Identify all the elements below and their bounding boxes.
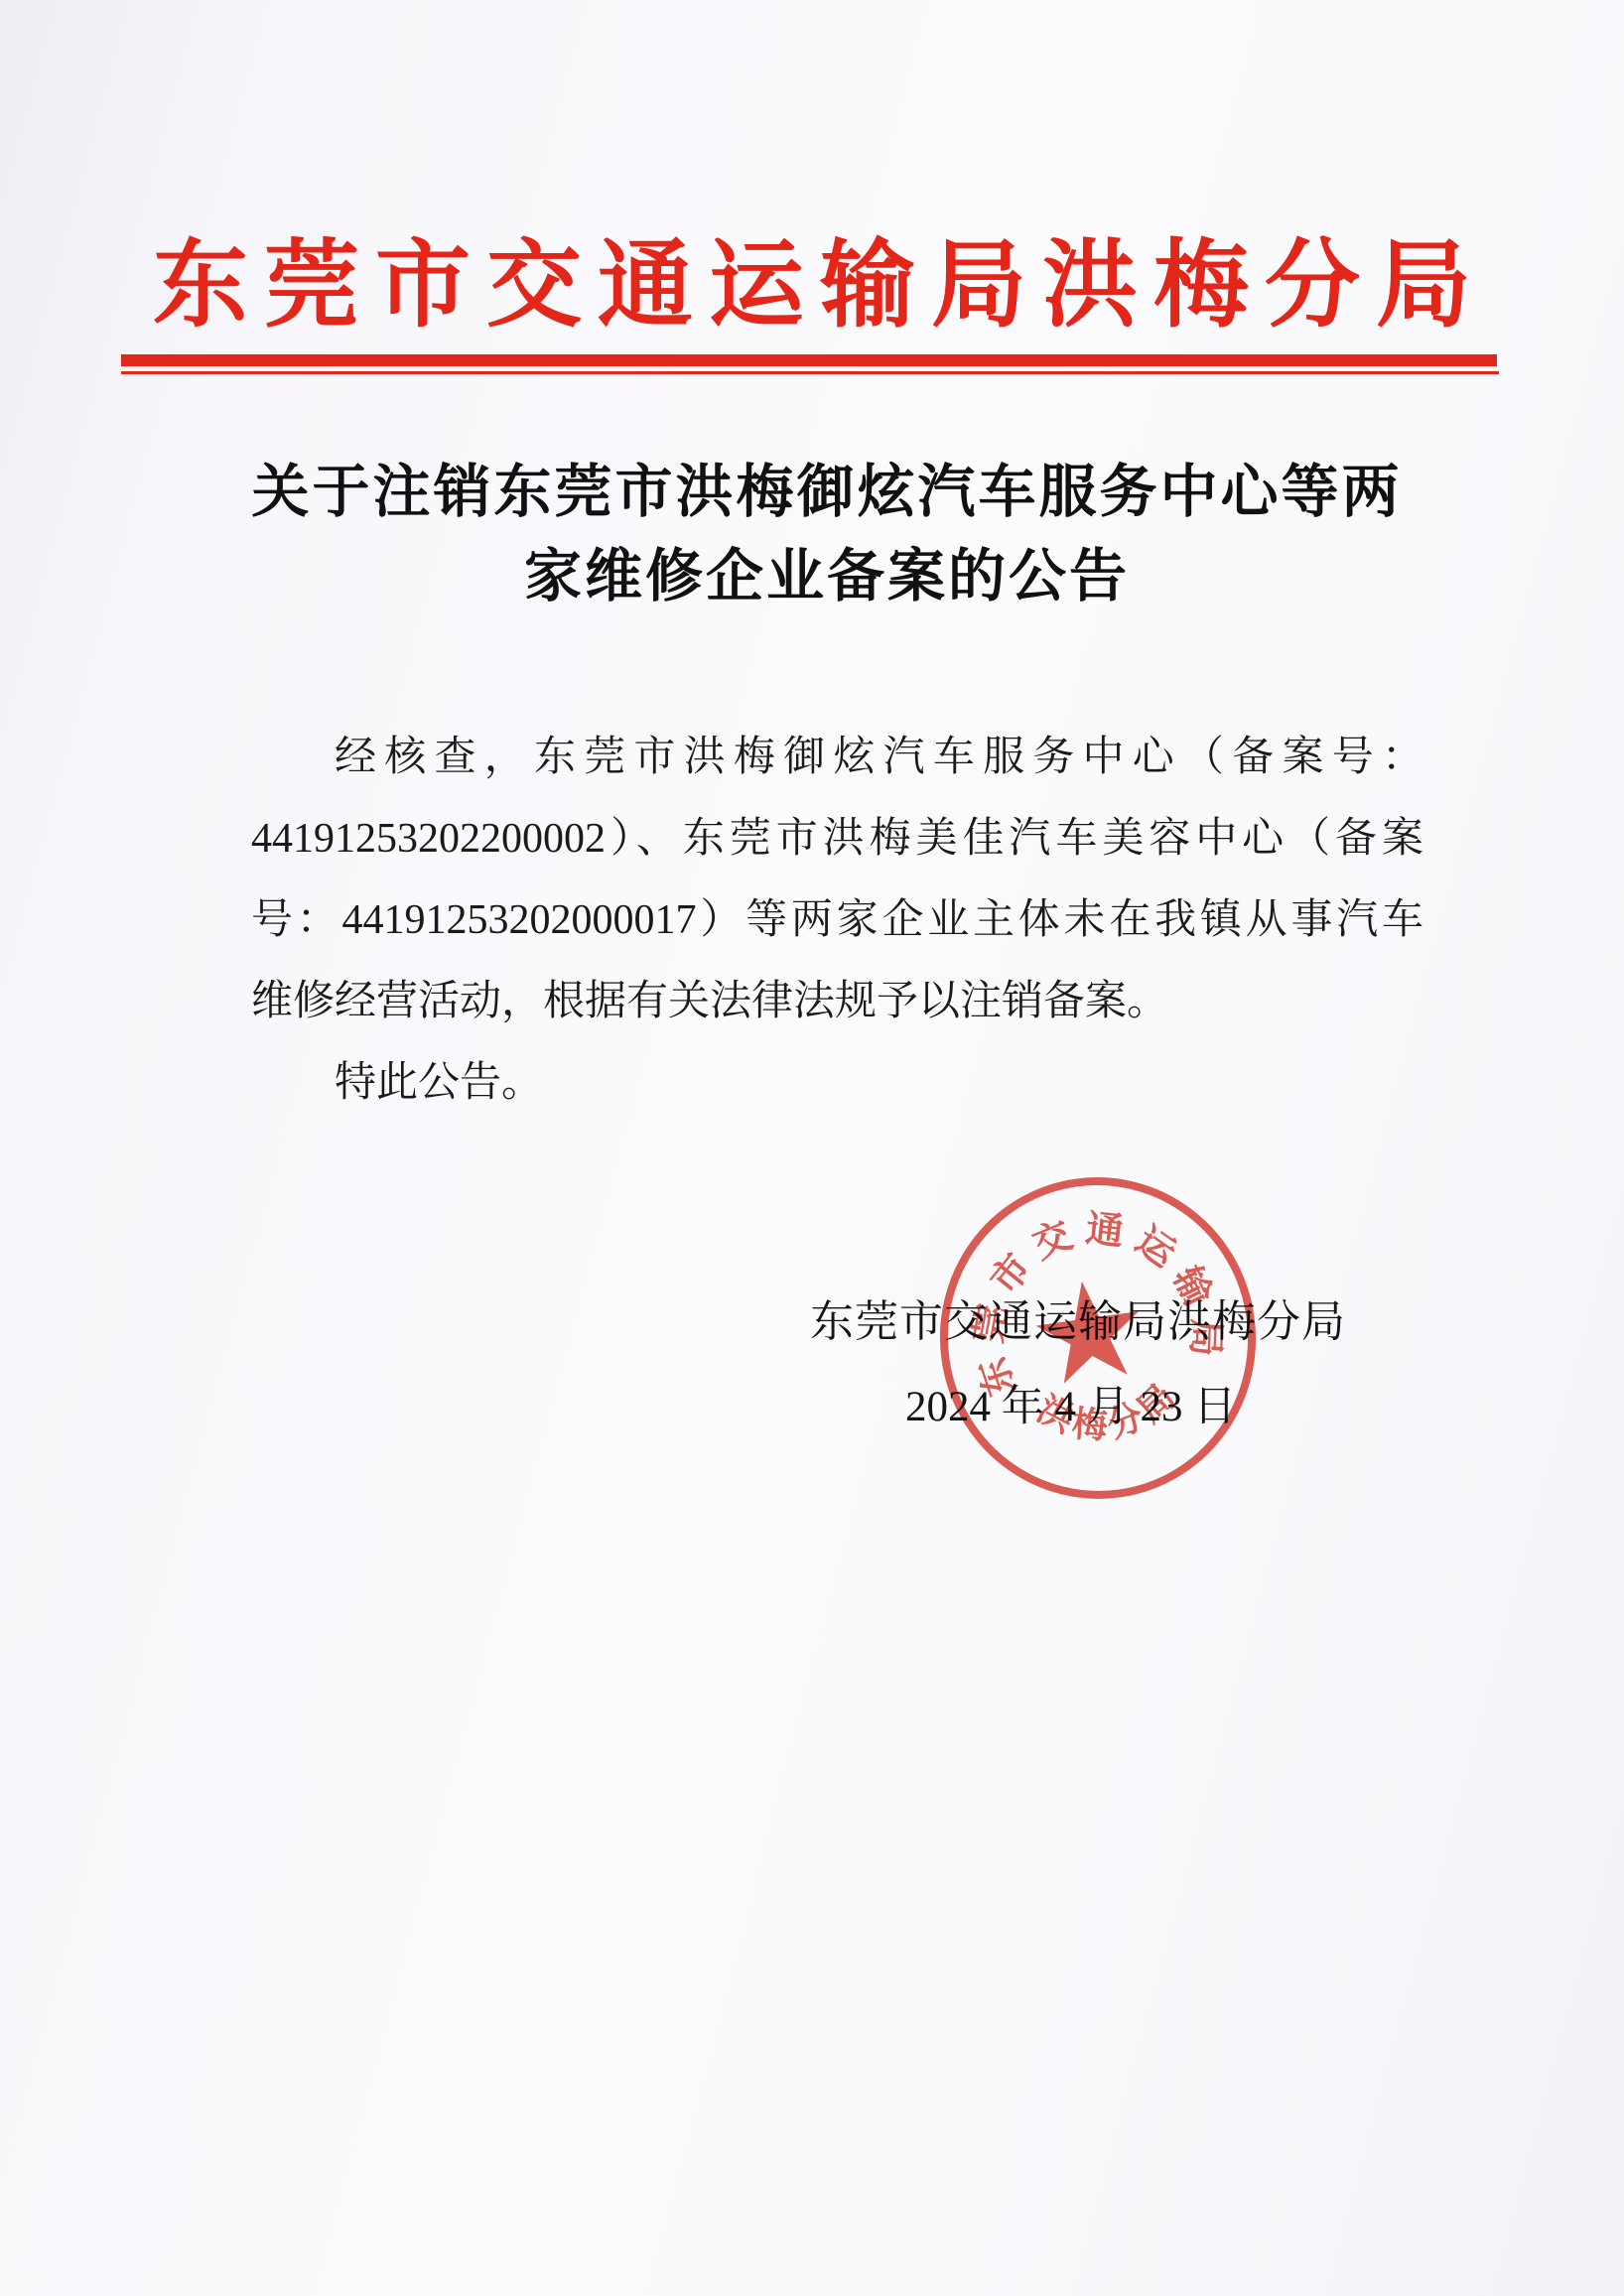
stamp-bottom-text: 洪梅分局 (1026, 1370, 1191, 1457)
agency-header-title: 东莞市交通运输局洪梅分局 (30, 238, 1594, 334)
document-title-line-2: 家维修企业备案的公告 (30, 548, 1624, 606)
scanned-document-page: 东莞市交通运输局洪梅分局 关于注销东莞市洪梅御炫汽车服务中心等两 家维修企业备案… (0, 0, 1624, 2296)
star-icon (1030, 1274, 1147, 1386)
body-text-line: 维修经营活动，根据有关法律法规予以注销备案。 (251, 976, 1423, 1027)
body-text-line: 特此公告。 (251, 1057, 1423, 1109)
body-text-line: 44191253202200002）、东莞市洪梅美佳汽车美容中心（备案 (251, 813, 1423, 865)
body-text-line: 号：44191253202000017）等两家企业主体未在我镇从事汽车 (251, 894, 1423, 946)
official-seal-stamp: 东莞市交通运输局 洪梅分局 (933, 1171, 1267, 1509)
body-text-line: 经核查，东莞市洪梅御炫汽车服务中心（备案号： (251, 732, 1423, 783)
document-title-line-1: 关于注销东莞市洪梅御炫汽车服务中心等两 (30, 464, 1624, 521)
header-divider-thick (121, 354, 1497, 366)
header-divider-thin (121, 371, 1499, 374)
